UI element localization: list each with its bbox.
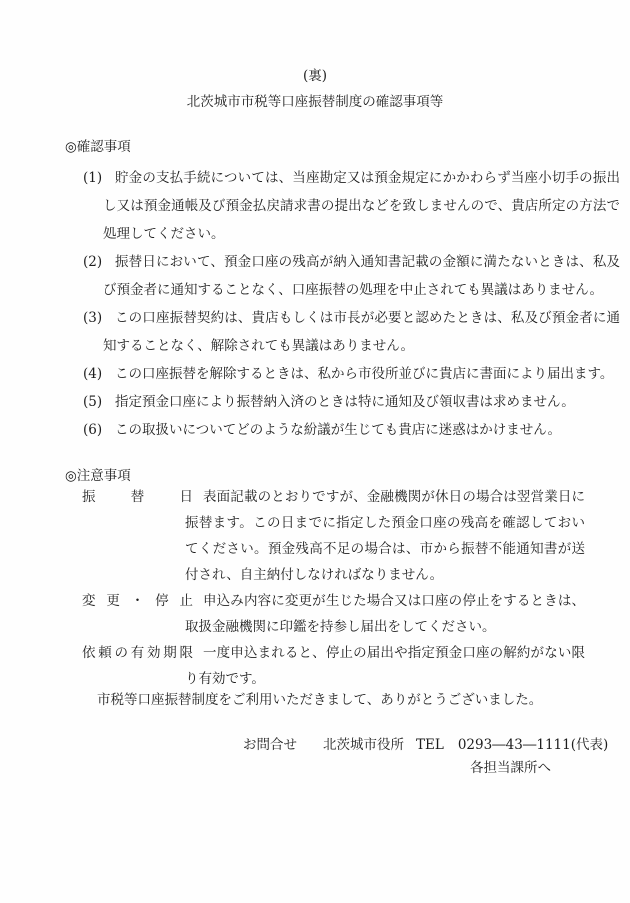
confirm-item-3: (3)この口座振替契約は、貴店もしくは市長が必要と認めたときは、私及び預金者に通… bbox=[103, 304, 620, 360]
confirm-item-5: (5)指定預金口座により振替納入済のときは特に通知及び領収書は求めません。 bbox=[103, 388, 620, 416]
note-text: 申込み内容に変更が生じた場合又は口座の停止をするときは、取扱金融機関に印鑑を持参… bbox=[185, 588, 585, 640]
note-text: 表面記載のとおりですが、金融機関が休日の場合は翌営業日に振替ます。この日までに指… bbox=[185, 484, 585, 588]
item-text: この口座振替を解除するときは、私から市役所並びに貴店に書面により届出ます。 bbox=[115, 366, 613, 382]
confirm-item-2: (2)振替日において、預金口座の残高が納入通知書記載の金額に満たないときは、私及… bbox=[103, 248, 620, 304]
notes-section: 振替日 表面記載のとおりですが、金融機関が休日の場合は翌営業日に振替ます。この日… bbox=[0, 484, 630, 692]
confirm-section: ◎確認事項 (1)貯金の支払手続については、当座勘定又は預金規定にかかわらず当座… bbox=[0, 133, 630, 444]
item-text: この口座振替契約は、貴店もしくは市長が必要と認めたときは、私及び預金者に通知する… bbox=[103, 310, 620, 354]
page-side-label: (裏) bbox=[0, 66, 630, 86]
note-row-change-stop: 変更・停止 申込み内容に変更が生じた場合又は口座の停止をするときは、取扱金融機関… bbox=[0, 588, 630, 640]
document-page: (裏) 北茨城市市税等口座振替制度の確認事項等 ◎確認事項 (1)貯金の支払手続… bbox=[0, 0, 630, 903]
item-text: 指定預金口座により振替納入済のときは特に通知及び領収書は求めません。 bbox=[115, 394, 575, 410]
thanks-message: 市税等口座振替制度をご利用いただきまして、ありがとうございました。 bbox=[97, 687, 542, 713]
note-row-validity: 依頼の有効期限 一度申込まれると、停止の届出や指定預金口座の解約がない限り有効で… bbox=[0, 640, 630, 692]
contact-label: お問合せ bbox=[243, 737, 297, 753]
note-label: 変更・停止 bbox=[82, 588, 193, 614]
item-number: (1) bbox=[83, 164, 102, 192]
department-line: 各担当課所へ bbox=[470, 755, 551, 781]
item-number: (3) bbox=[83, 304, 102, 332]
contact-line: お問合せ北茨城市役所TEL0293―43―1111(代表) bbox=[243, 732, 608, 758]
confirm-item-1: (1)貯金の支払手続については、当座勘定又は預金規定にかかわらず当座小切手の振出… bbox=[103, 164, 620, 248]
tel-number: 0293―43―1111(代表) bbox=[458, 737, 608, 753]
item-number: (5) bbox=[83, 388, 102, 416]
item-text: この取扱いについてどのような紛議が生じても貴店に迷惑はかけません。 bbox=[115, 422, 561, 438]
item-number: (2) bbox=[83, 248, 102, 276]
confirm-item-6: (6)この取扱いについてどのような紛議が生じても貴店に迷惑はかけません。 bbox=[103, 416, 620, 444]
item-text: 貯金の支払手続については、当座勘定又は預金規定にかかわらず当座小切手の振出し又は… bbox=[103, 170, 620, 242]
confirm-item-4: (4)この口座振替を解除するときは、私から市役所並びに貴店に書面により届出ます。 bbox=[103, 360, 620, 388]
confirm-heading: ◎確認事項 bbox=[65, 133, 630, 161]
item-number: (6) bbox=[83, 416, 102, 444]
note-label: 振替日 bbox=[82, 484, 193, 510]
note-row-transfer-date: 振替日 表面記載のとおりですが、金融機関が休日の場合は翌営業日に振替ます。この日… bbox=[0, 484, 630, 588]
document-title: 北茨城市市税等口座振替制度の確認事項等 bbox=[0, 92, 630, 112]
note-text: 一度申込まれると、停止の届出や指定預金口座の解約がない限り有効です。 bbox=[185, 640, 585, 692]
tel-label: TEL bbox=[416, 737, 444, 753]
contact-office: 北茨城市役所 bbox=[323, 737, 404, 753]
item-number: (4) bbox=[83, 360, 102, 388]
note-label: 依頼の有効期限 bbox=[82, 640, 193, 666]
item-text: 振替日において、預金口座の残高が納入通知書記載の金額に満たないときは、私及び預金… bbox=[103, 254, 620, 298]
